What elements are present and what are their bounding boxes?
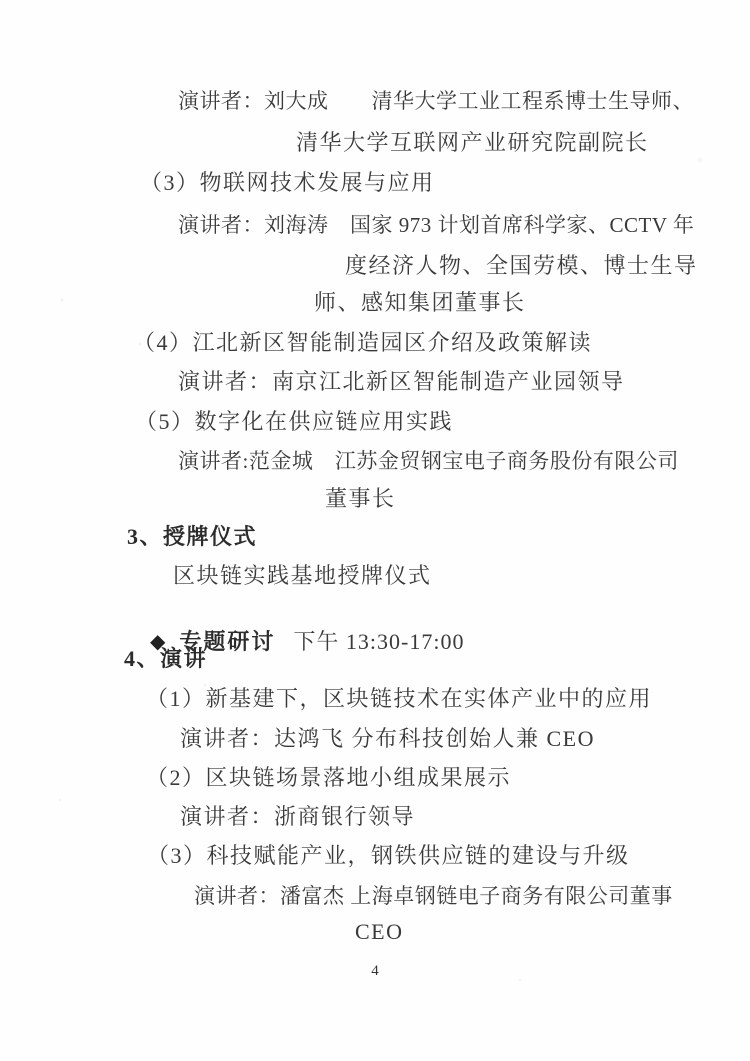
speaker-line-liu-dacheng: 演讲者：刘大成 清华大学工业工程系博士生导师、: [178, 88, 694, 114]
item-3-title-iot: （3）物联网技术发展与应用: [140, 170, 435, 196]
speaker-line-nanjing-jiangbei: 演讲者：南京江北新区智能制造产业园领导: [178, 369, 625, 395]
item-2-title-blockchain-scenarios: （2）区块链场景落地小组成果展示: [146, 765, 511, 791]
seminar-time: 下午 13:30-17:00: [293, 629, 464, 654]
section-3-heading-award-ceremony: 3、授牌仪式: [127, 524, 257, 550]
scanned-document-page: 演讲者：刘大成 清华大学工业工程系博士生导师、 清华大学互联网产业研究院副院长 …: [0, 0, 750, 1061]
speaker-line-zheshang-bank: 演讲者：浙商银行领导: [180, 804, 415, 830]
item-4-title-jiangbei: （4）江北新区智能制造园区介绍及政策解读: [133, 330, 592, 356]
speaker-line-liu-haitao-2: 度经济人物、全国劳模、博士生导: [345, 253, 698, 279]
page-number: 4: [0, 963, 750, 980]
section-4-heading-speeches: 4、演讲: [124, 646, 207, 672]
item-1-title-new-infrastructure: （1）新基建下，区块链技术在实体产业中的应用: [146, 686, 652, 712]
speaker-line-fan-jincheng-cont: 董事长: [325, 486, 396, 512]
speaker-line-da-hongfei: 演讲者：达鸿飞 分布科技创始人兼 CEO: [180, 726, 595, 752]
item-3-title-tech-empowerment: （3）科技赋能产业，钢铁供应链的建设与升级: [147, 843, 630, 869]
speaker-line-pan-fujie: 演讲者：潘富杰 上海卓钢链电子商务有限公司董事: [194, 883, 673, 909]
speaker-line-liu-dacheng-cont: 清华大学互联网产业研究院副院长: [296, 130, 649, 156]
speaker-line-liu-haitao-3: 师、感知集团董事长: [314, 290, 526, 316]
item-5-title-digital-supplychain: （5）数字化在供应链应用实践: [135, 409, 453, 435]
speaker-line-fan-jincheng: 演讲者:范金城 江苏金贸钢宝电子商务股份有限公司: [178, 448, 679, 474]
speaker-line-liu-haitao-1: 演讲者：刘海涛 国家 973 计划首席科学家、CCTV 年: [178, 212, 694, 238]
speaker-line-pan-fujie-cont: CEO: [355, 919, 404, 945]
award-ceremony-body: 区块链实践基地授牌仪式: [173, 563, 432, 589]
